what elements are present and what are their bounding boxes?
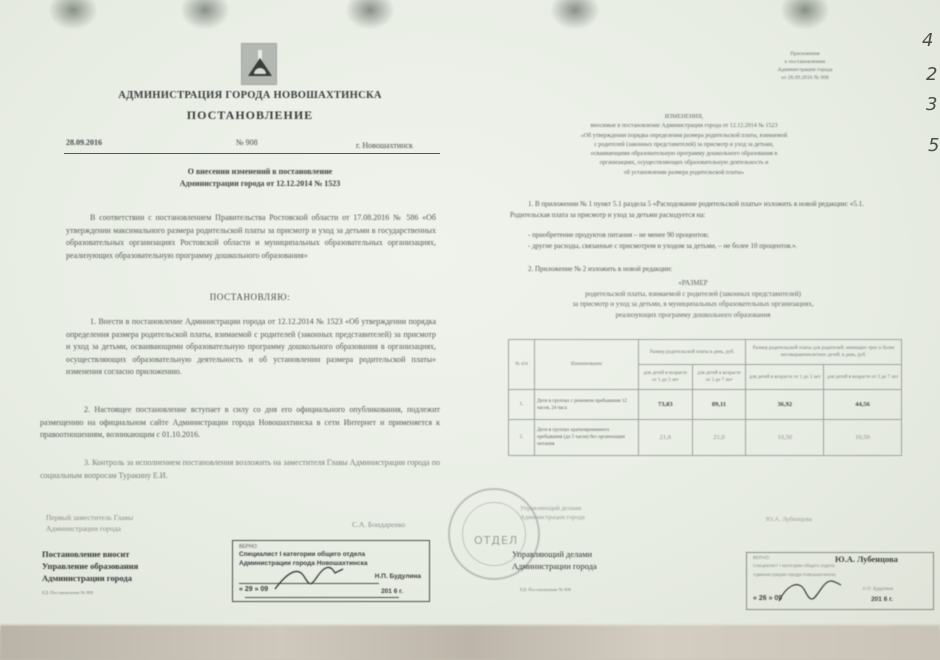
col-sub: для детей в возрасте от 1 до 3 лет	[639, 365, 693, 390]
changes-line: осваивающими образовательную программу д…	[508, 150, 860, 159]
handwritten-number: 2	[926, 64, 937, 85]
introduced-by: Постановление вносит Управление образова…	[42, 548, 138, 584]
change-bullet: - приобретение продуктов питания – не ме…	[528, 230, 709, 241]
intro-paragraph: В соответствии с постановлением Правител…	[66, 212, 436, 262]
handwritten-number: 5	[928, 135, 939, 156]
fee-value: 44,56	[824, 390, 902, 420]
col-sub: для детей в возрасте от 3 до 7 лет	[824, 365, 902, 390]
size-line: реализующих программу дошкольного образо…	[508, 310, 878, 321]
stamp-date: « 29 » 09	[239, 586, 268, 593]
appendix-line: Приложение	[740, 50, 870, 58]
row-name: Дети в группах с режимом пребывания 12 ч…	[535, 390, 639, 420]
stamp-line: Специалист I категории общего отдела	[239, 550, 423, 559]
fee-value: 21,0	[692, 420, 746, 456]
appendix-line: Администрации города	[740, 66, 870, 74]
handwritten-number: 4	[922, 30, 933, 51]
stamp-date: « 26 » 09	[753, 595, 782, 602]
introduced-ref: ЕД: Постановление № 908	[42, 590, 93, 595]
finger-shadow	[780, 0, 830, 30]
manager-line: Управляющий делами	[512, 549, 597, 561]
stamp-line: Администрации города Новошахтинска	[753, 571, 927, 578]
seal-label: ОТДЕЛ	[474, 534, 518, 547]
table-surface	[0, 625, 940, 660]
item-3: 3. Контроль за исполнением постановления…	[40, 457, 440, 482]
stamp-name: Н.П. Будулина	[863, 586, 893, 591]
city-crest-icon	[241, 43, 277, 85]
col-sub: для детей в возрасте от 3 до 7 лет	[692, 365, 746, 390]
col-name: Наименование	[535, 340, 639, 390]
changes-line: с родителей (законных представителей) за…	[508, 141, 860, 150]
subject-line: Администрации города от 12.12.2014 № 152…	[130, 178, 390, 190]
manager-block: Управляющий делами Администрации города	[512, 549, 597, 572]
finger-shadow	[48, 0, 98, 30]
certified-copy-stamp-right: ВЕРНО: Ю.А. Лубенцова Специалист I катег…	[746, 552, 934, 610]
col-sub: для детей в возрасте от 1 до 3 лет	[746, 365, 824, 390]
fee-value: 73,83	[639, 390, 693, 420]
changes-title: ИЗМЕНЕНИЯ,	[508, 113, 860, 122]
col-group-1: Размер родительской платы в день, руб.	[639, 340, 746, 365]
introduced-by-line: Управление образования	[42, 560, 138, 572]
signer-title-line: Администрации города	[520, 513, 585, 522]
fee-value: 89,11	[692, 390, 746, 420]
change-item-1: 1. В приложении № 1 пункт 5.1 раздела 5 …	[510, 199, 880, 220]
appendix-reference: Приложение к постановлению Администрации…	[740, 50, 870, 82]
admin-title: АДМИНИСТРАЦИЯ ГОРОДА НОВОШАХТИНСКА	[100, 90, 400, 101]
fee-value: 21,0	[639, 420, 693, 456]
stamp-year: 201 6 г.	[871, 596, 893, 603]
row-num: 2.	[509, 420, 535, 456]
changes-line: об установлении размера родительской пла…	[508, 169, 860, 178]
decree-number: № 908	[236, 138, 258, 147]
certified-copy-stamp: ВЕРНО: Специалист I категории общего отд…	[232, 540, 430, 602]
fee-value: 10,50	[746, 420, 824, 456]
change-bullet: - другие расходы, связанные с присмотром…	[510, 241, 880, 252]
changes-heading: ИЗМЕНЕНИЯ, вносимые в постановление Адми…	[508, 113, 860, 178]
size-line: «РАЗМЕР	[508, 278, 878, 289]
item-2: 2. Настоящее постановление вступает в си…	[40, 404, 440, 442]
decree-subject: О внесении изменений в постановление Адм…	[130, 166, 390, 190]
decree-date: 28.09.2016	[66, 138, 102, 147]
stamp-signer: Ю.А. Лубенцова	[835, 554, 898, 564]
fee-value: 36,92	[746, 390, 824, 420]
appendix-line: от 28.09.2016 № 908	[740, 74, 870, 82]
introduced-by-line: Постановление вносит	[42, 548, 138, 560]
document-photo: АДМИНИСТРАЦИЯ ГОРОДА НОВОШАХТИНСКА ПОСТА…	[0, 0, 940, 630]
signer-title-line: Администрации города	[46, 523, 133, 534]
decree-word: ПОСТАНОВЛЯЮ:	[100, 292, 400, 302]
document-type: ПОСТАНОВЛЕНИЕ	[100, 108, 400, 123]
introduced-by-line: Администрации города	[42, 572, 138, 584]
col-group-2: Размер родительской платы для родителей,…	[746, 340, 902, 365]
decree-city: г. Новошахтинск	[356, 141, 413, 150]
signer-name-right: Ю.А. Лубенцова	[766, 516, 812, 523]
col-num: № п/п	[509, 340, 535, 390]
change-item-2: 2. Приложение № 2 изложить в новой редак…	[528, 264, 672, 275]
manager-line: Администрации города	[512, 561, 597, 573]
changes-line: «Об утверждении порядка определения разм…	[508, 132, 860, 141]
subject-line: О внесении изменений в постановление	[130, 166, 390, 178]
signer-title-line: Управляющий делами	[520, 504, 585, 513]
item-1: 1. Внести в постановление Администрации …	[66, 316, 436, 379]
table-row: 2. Дети в группах кратковременного пребы…	[509, 420, 902, 456]
stamp-line: Администрации города Новошахтинска	[239, 559, 423, 568]
fee-table: № п/п Наименование Размер родительской п…	[508, 339, 902, 456]
stamp-name: Н.П. Будулина	[375, 573, 421, 580]
changes-line: вносимые в постановление Администрации г…	[508, 122, 860, 131]
size-line: за присмотр и уход за детьми, в муниципа…	[508, 299, 878, 310]
finger-shadow	[180, 0, 230, 30]
finger-shadow	[550, 0, 600, 30]
signature-icon	[777, 577, 847, 607]
row-name: Дети в группах кратковременного пребыван…	[535, 420, 639, 456]
signer-title: Первый заместитель Главы Администрации г…	[46, 512, 133, 534]
table-header-row: № п/п Наименование Размер родительской п…	[509, 340, 902, 365]
header-divider	[64, 153, 440, 154]
signer-name: С.А. Бондаренко	[352, 520, 405, 529]
row-num: 1.	[509, 390, 535, 420]
size-line: родительской платы, взимаемой с родителе…	[508, 289, 878, 300]
signer-title-right: Управляющий делами Администрации города	[520, 504, 585, 522]
handwritten-number: 3	[926, 94, 937, 115]
stamp-year: 201 6 г.	[381, 588, 403, 595]
finger-shadow	[345, 0, 395, 30]
manager-ref: ЕД: Постановление № 908	[520, 587, 571, 592]
signer-title-line: Первый заместитель Главы	[46, 512, 133, 523]
fee-size-heading: «РАЗМЕР родительской платы, взимаемой с …	[508, 278, 878, 320]
table-row: 1. Дети в группах с режимом пребывания 1…	[509, 390, 902, 420]
appendix-line: к постановлению	[740, 58, 870, 66]
fee-value: 10,50	[824, 420, 902, 456]
changes-line: организациях, осуществляющих образовател…	[508, 159, 860, 168]
